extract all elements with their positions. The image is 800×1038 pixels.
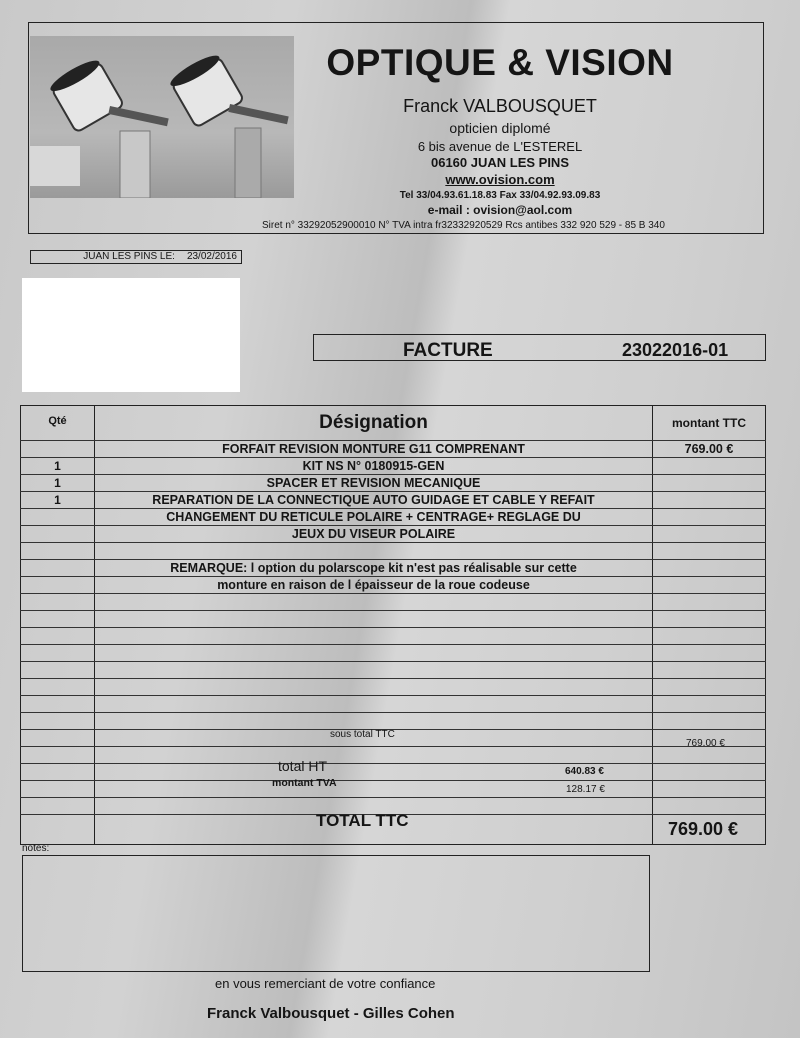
- total-ht-value: 640.83 €: [565, 766, 604, 777]
- redacted-client-address: [22, 278, 240, 392]
- tva-value: 128.17 €: [566, 784, 605, 795]
- table-row-designation: FORFAIT REVISION MONTURE G11 COMPRENANT: [95, 442, 652, 456]
- row-divider: [20, 661, 766, 662]
- invoice-number: 23022016-01: [622, 340, 728, 361]
- row-divider: [20, 746, 766, 747]
- row-divider: [20, 440, 766, 441]
- row-divider: [20, 457, 766, 458]
- header-designation: Désignation: [95, 412, 652, 434]
- owner-name: Franck VALBOUSQUET: [300, 96, 700, 117]
- phone-fax: Tel 33/04.93.61.18.83 Fax 33/04.92.93.09…: [300, 190, 700, 201]
- row-divider: [20, 712, 766, 713]
- row-divider: [20, 610, 766, 611]
- row-divider: [20, 525, 766, 526]
- column-divider: [652, 405, 653, 845]
- row-divider: [20, 695, 766, 696]
- owner-title: opticien diplomé: [300, 120, 700, 136]
- telescopes-photo-icon: [30, 36, 294, 198]
- table-row-designation: KIT NS N° 0180915-GEN: [95, 459, 652, 473]
- row-divider: [20, 508, 766, 509]
- row-divider: [20, 780, 766, 781]
- thanks-message: en vous remerciant de votre confiance: [215, 976, 435, 991]
- row-divider: [20, 627, 766, 628]
- row-divider: [20, 559, 766, 560]
- row-divider: [20, 763, 766, 764]
- total-ttc-value: 769.00 €: [668, 819, 738, 840]
- website-link[interactable]: www.ovision.com: [300, 172, 700, 187]
- header-qty: Qté: [20, 415, 95, 427]
- row-divider: [20, 678, 766, 679]
- table-row-designation: REPARATION DE LA CONNECTIQUE AUTO GUIDAG…: [95, 493, 652, 507]
- table-row-designation: REMARQUE: l option du polarscope kit n'e…: [95, 561, 652, 575]
- date-label: JUAN LES PINS LE:: [83, 251, 175, 263]
- table-row-amount: 769.00 €: [652, 442, 766, 456]
- row-divider: [20, 593, 766, 594]
- email: e-mail : ovision@aol.com: [300, 203, 700, 217]
- row-divider: [20, 542, 766, 543]
- total-ttc-label: TOTAL TTC: [316, 811, 409, 831]
- row-divider: [20, 491, 766, 492]
- row-divider: [20, 576, 766, 577]
- legal-info: Siret n° 33292052900010 N° TVA intra fr3…: [262, 220, 762, 231]
- notes-box: [22, 855, 650, 972]
- row-divider: [20, 797, 766, 798]
- table-row-designation: monture en raison de l épaisseur de la r…: [95, 578, 652, 592]
- table-row-qty: 1: [20, 459, 95, 473]
- subtotal-label: sous total TTC: [330, 729, 395, 740]
- table-row-designation: JEUX DU VISEUR POLAIRE: [95, 527, 652, 541]
- address: 6 bis avenue de L'ESTEREL: [300, 139, 700, 154]
- row-divider: [20, 474, 766, 475]
- notes-label: notes:: [22, 843, 49, 854]
- date-value: 23/02/2016: [187, 251, 237, 263]
- table-row-qty: 1: [20, 476, 95, 490]
- table-row-designation: CHANGEMENT DU RETICULE POLAIRE + CENTRAG…: [95, 510, 652, 524]
- total-ht-label: total HT: [278, 758, 327, 774]
- table-row-qty: 1: [20, 493, 95, 507]
- city: 06160 JUAN LES PINS: [300, 155, 700, 170]
- row-divider: [20, 644, 766, 645]
- invoice-label: FACTURE: [403, 340, 493, 362]
- tva-label: montant TVA: [272, 777, 337, 789]
- subtotal-value: 769.00 €: [686, 738, 725, 749]
- header-amount: montant TTC: [652, 416, 766, 430]
- date-box: JUAN LES PINS LE: 23/02/2016: [30, 250, 242, 264]
- company-name: OPTIQUE & VISION: [300, 42, 700, 84]
- table-row-designation: SPACER ET REVISION MECANIQUE: [95, 476, 652, 490]
- signature: Franck Valbousquet - Gilles Cohen: [207, 1005, 455, 1022]
